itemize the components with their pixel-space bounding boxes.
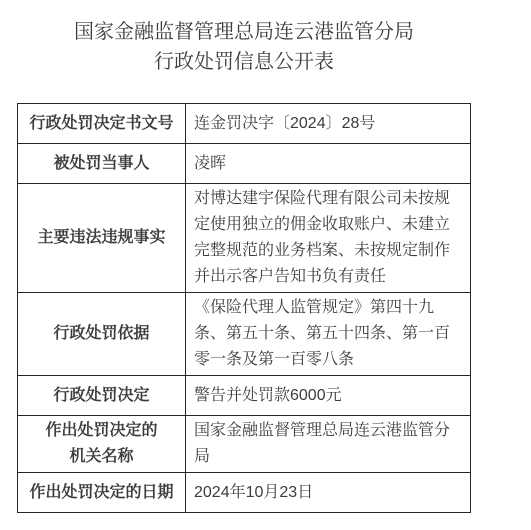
row-value: 对博达建宇保险代理有限公司未按规定使用独立的佣金收取账户、未建立完整规范的业务档… <box>186 184 471 293</box>
page-title-line2: 行政处罚信息公开表 <box>17 47 471 77</box>
row-label: 行政处罚依据 <box>18 293 186 376</box>
table-row-decision-doc-number: 行政处罚决定书文号 连金罚决字〔2024〕28号 <box>18 104 471 144</box>
row-value: 2024年10月23日 <box>186 473 471 513</box>
table-row-penalty-basis: 行政处罚依据 《保险代理人监管规定》第四十九条、第五十条、第五十四条、第一百零一… <box>18 293 471 376</box>
table-row-deciding-authority: 作出处罚决定的 机关名称 国家金融监督管理总局连云港监管分局 <box>18 416 471 473</box>
page-title: 国家金融监督管理总局连云港监管分局 行政处罚信息公开表 <box>17 17 471 77</box>
table-row-violation-facts: 主要违法违规事实 对博达建宇保险代理有限公司未按规定使用独立的佣金收取账户、未建… <box>18 184 471 293</box>
row-label: 主要违法违规事实 <box>18 184 186 293</box>
row-label: 作出处罚决定的 机关名称 <box>18 416 186 473</box>
row-value: 警告并处罚款6000元 <box>186 376 471 416</box>
page-title-line1: 国家金融监督管理总局连云港监管分局 <box>17 17 471 47</box>
row-value: 凌晖 <box>186 144 471 184</box>
row-value: 国家金融监督管理总局连云港监管分局 <box>186 416 471 473</box>
penalty-info-table: 行政处罚决定书文号 连金罚决字〔2024〕28号 被处罚当事人 凌晖 主要违法违… <box>17 103 471 513</box>
row-value: 连金罚决字〔2024〕28号 <box>186 104 471 144</box>
row-label: 行政处罚决定 <box>18 376 186 416</box>
row-label: 行政处罚决定书文号 <box>18 104 186 144</box>
table-row-decision-date: 作出处罚决定的日期 2024年10月23日 <box>18 473 471 513</box>
table-row-penalty-decision: 行政处罚决定 警告并处罚款6000元 <box>18 376 471 416</box>
row-label: 作出处罚决定的日期 <box>18 473 186 513</box>
table-row-penalized-party: 被处罚当事人 凌晖 <box>18 144 471 184</box>
row-value: 《保险代理人监管规定》第四十九条、第五十条、第五十四条、第一百零一条及第一百零八… <box>186 293 471 376</box>
penalty-disclosure-page: 国家金融监督管理总局连云港监管分局 行政处罚信息公开表 行政处罚决定书文号 连金… <box>0 0 531 530</box>
row-label: 被处罚当事人 <box>18 144 186 184</box>
